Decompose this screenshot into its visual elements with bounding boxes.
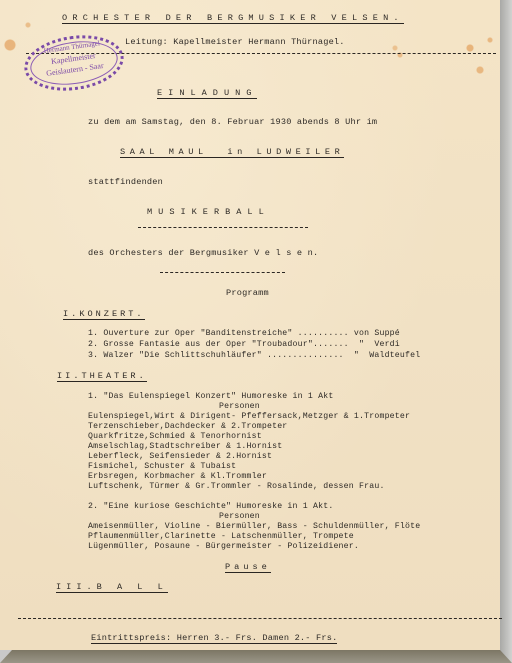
theater-heading: II.THEATER. — [57, 371, 147, 382]
pause-label: Pause — [225, 562, 271, 573]
konzert-item-1: 1. Ouverture zur Oper "Banditenstreiche"… — [88, 329, 400, 338]
play2-title: 2. "Eine kuriose Geschichte" Humoreske i… — [88, 502, 333, 511]
page-edge-bottom — [0, 650, 512, 663]
konzert-heading: I.KONZERT. — [63, 309, 145, 320]
letterhead-leitung: Leitung: Kapellmeister Hermann Thürnagel… — [125, 37, 345, 47]
event-underline — [138, 227, 308, 228]
footer-divider — [18, 618, 502, 619]
play2-cast-1: Ameisenmüller, Violine - Biermüller, Bas… — [88, 522, 420, 531]
event-title: MUSIKERBALL — [147, 207, 270, 217]
admission-price: Eintrittspreis: Herren 3.- Frs. Damen 2.… — [91, 633, 337, 644]
program-divider — [160, 272, 285, 273]
play1-cast-7: Erbsregen, Korbmacher & Kl.Trommler — [88, 472, 267, 481]
play1-cast-4: Amselschlag,Stadtschreiber & 1.Hornist — [88, 442, 282, 451]
invitation-heading: EINLADUNG — [157, 88, 257, 99]
play1-title: 1. "Das Eulenspiegel Konzert" Humoreske … — [88, 392, 333, 401]
play1-cast-6: Fismichel, Schuster & Tubaist — [88, 462, 236, 471]
invitation-date-line: zu dem am Samstag, den 8. Februar 1930 a… — [88, 117, 377, 127]
play1-cast-5: Leberfleck, Seifensieder & 2.Hornist — [88, 452, 272, 461]
play2-cast-3: Lügenmüller, Posaune - Bürgermeister - P… — [88, 542, 359, 551]
stamp-location: Geislautern - Saar — [28, 57, 123, 81]
play1-cast-1: Eulenspiegel,Wirt & Dirigent- Pfeffersac… — [88, 412, 410, 421]
letterhead-title: ORCHESTER DER BERGMUSIKER VELSEN. — [62, 13, 404, 24]
play1-cast-3: Quarkfritze,Schmied & Tenorhornist — [88, 432, 262, 441]
ball-heading: III.B A L L — [56, 582, 168, 593]
play1-cast-2: Terzenschieber,Dachdecker & 2.Trompeter — [88, 422, 287, 431]
program-label: Programm — [226, 288, 269, 298]
invitation-stattfindenden: stattfindenden — [88, 177, 163, 187]
orchestra-line: des Orchesters der Bergmusiker V e l s e… — [88, 248, 318, 258]
page-edge-right — [500, 0, 512, 663]
play1-cast-8: Luftschenk, Türmer & Gr.Trommler - Rosal… — [88, 482, 385, 491]
venue: SAAL MAUL in LUDWEILER — [120, 147, 344, 158]
play2-personen: Personen — [219, 512, 260, 521]
konzert-item-2: 2. Grosse Fantasie aus der Oper "Troubad… — [88, 340, 400, 349]
play2-cast-2: Pflaumenmüller,Clarinette - Latschenmüll… — [88, 532, 354, 541]
konzert-item-3: 3. Walzer "Die Schlittschuhläufer" .....… — [88, 351, 420, 360]
play1-personen: Personen — [219, 402, 260, 411]
